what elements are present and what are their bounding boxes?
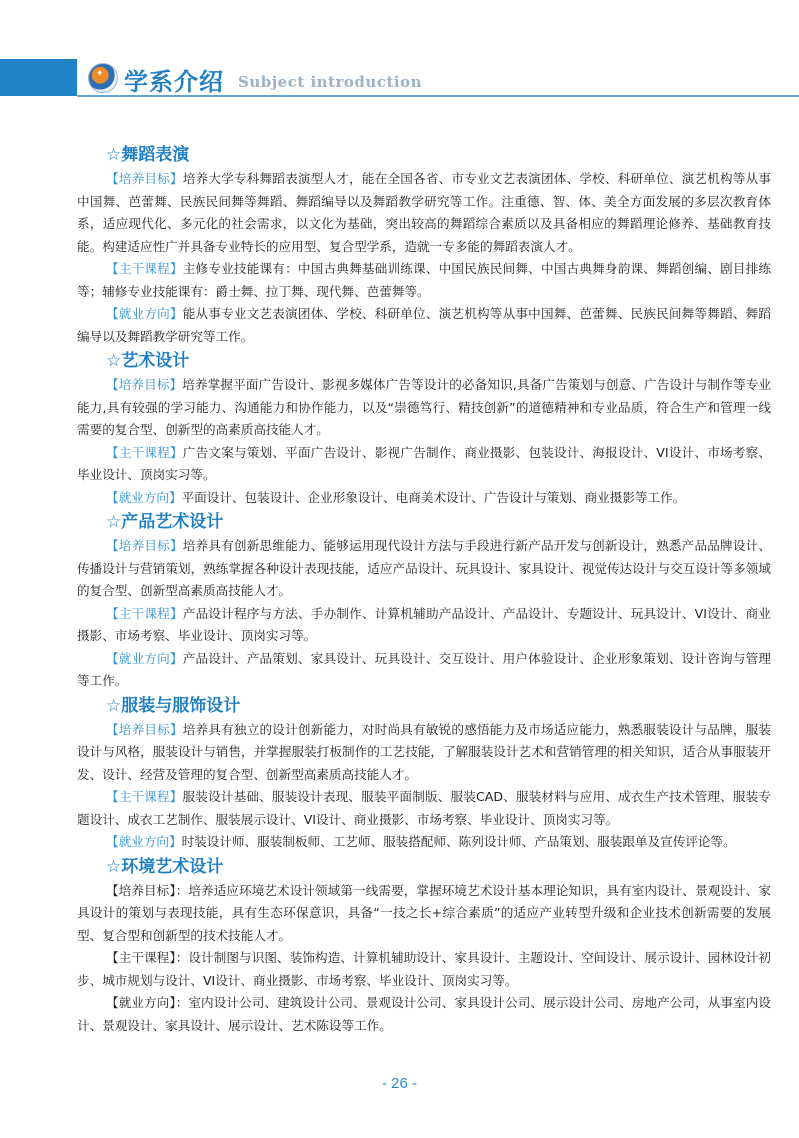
- paragraph-text: 平面设计、包装设计、企业形象设计、电商美术设计、广告设计与策划、商业摄影等工作。: [182, 490, 686, 505]
- paragraph-core-courses: 【主干课程】服装设计基础、服装设计表现、服装平面制版、服装CAD、服装材料与应用…: [77, 786, 771, 831]
- section-title-text: 服装与服饰设计: [121, 696, 240, 716]
- paragraph-text: ：设计制图与识图、装饰构造、计算机辅助设计、家具设计、主题设计、空间设计、展示设…: [77, 950, 771, 988]
- star-icon: ☆: [106, 145, 121, 165]
- label-tag: 【就业方向】: [106, 306, 183, 321]
- paragraph-career: 【就业方向】能从事专业文艺表演团体、学校、科研单位、演艺机构等从事中国舞、芭蕾舞…: [77, 303, 771, 348]
- label-tag: 【就业方向】: [106, 995, 176, 1010]
- label-tag: 【培养目标】: [106, 377, 182, 392]
- star-icon: ☆: [106, 696, 121, 716]
- section-title-text: 艺术设计: [121, 351, 189, 371]
- label-tag: 【培养目标】: [106, 883, 176, 898]
- section-environmental-art-design: ☆环境艺术设计 【培养目标】：培养适应环境艺术设计领域第一线需要，掌握环境艺术设…: [77, 854, 771, 1038]
- paragraph-career: 【就业方向】平面设计、包装设计、企业形象设计、电商美术设计、广告设计与策划、商业…: [77, 487, 771, 510]
- paragraph-training-goal: 【培养目标】：培养适应环境艺术设计领域第一线需要，掌握环境艺术设计基本理论知识，…: [77, 880, 771, 948]
- paragraph-training-goal: 【培养目标】培养具有独立的设计创新能力，对时尚具有敏锐的感悟能力及市场适应能力，…: [77, 719, 771, 787]
- paragraph-core-courses: 【主干课程】主修专业技能课有：中国古典舞基础训练课、中国民族民间舞、中国古典舞身…: [77, 258, 771, 303]
- star-icon: ☆: [106, 351, 121, 371]
- label-tag: 【主干课程】: [106, 445, 183, 460]
- main-content: ☆舞蹈表演 【培养目标】培养大学专科舞蹈表演型人才，能在全国各省、市专业文艺表演…: [77, 142, 771, 1037]
- label-tag: 【就业方向】: [106, 834, 182, 849]
- label-tag: 【培养目标】: [106, 538, 183, 553]
- section-title-text: 环境艺术设计: [121, 857, 223, 877]
- section-title-text: 舞蹈表演: [121, 145, 189, 165]
- paragraph-core-courses: 【主干课程】：设计制图与识图、装饰构造、计算机辅助设计、家具设计、主题设计、空间…: [77, 947, 771, 992]
- paragraph-text: 时装设计师、服装制板师、工艺师、服装搭配师、陈列设计师、产品策划、服装跟单及宣传…: [182, 834, 736, 849]
- page-number: - 26 -: [0, 1075, 799, 1092]
- page-title: 学系介绍: [124, 62, 224, 97]
- section-title: ☆环境艺术设计: [77, 854, 771, 880]
- label-tag: 【主干课程】: [106, 606, 183, 621]
- paragraph-career: 【就业方向】：室内设计公司、建筑设计公司、景观设计公司、家具设计公司、展示设计公…: [77, 992, 771, 1037]
- paragraph-career: 【就业方向】时装设计师、服装制板师、工艺师、服装搭配师、陈列设计师、产品策划、服…: [77, 831, 771, 854]
- paragraph-training-goal: 【培养目标】培养大学专科舞蹈表演型人才，能在全国各省、市专业文艺表演团体、学校、…: [77, 168, 771, 258]
- page-subtitle: Subject introduction: [238, 73, 422, 91]
- section-title: ☆服装与服饰设计: [77, 693, 771, 719]
- paragraph-text: 培养掌握平面广告设计、影视多媒体广告等设计的必备知识,具备广告策划与创意、广告设…: [77, 377, 771, 437]
- label-tag: 【主干课程】: [106, 789, 183, 804]
- label-tag: 【主干课程】: [106, 261, 183, 276]
- section-product-art-design: ☆产品艺术设计 【培养目标】培养具有创新思维能力、能够运用现代设计方法与手段进行…: [77, 509, 771, 693]
- label-tag: 【就业方向】: [106, 651, 183, 666]
- section-art-design: ☆艺术设计 【培养目标】培养掌握平面广告设计、影视多媒体广告等设计的必备知识,具…: [77, 348, 771, 509]
- paragraph-core-courses: 【主干课程】广告文案与策划、平面广告设计、影视广告制作、商业摄影、包装设计、海报…: [77, 442, 771, 487]
- label-tag: 【培养目标】: [106, 171, 183, 186]
- label-tag: 【培养目标】: [106, 722, 183, 737]
- paragraph-text: ：室内设计公司、建筑设计公司、景观设计公司、家具设计公司、展示设计公司、房地产公…: [77, 995, 771, 1033]
- section-title: ☆艺术设计: [77, 348, 771, 374]
- school-emblem-icon: ✦: [88, 63, 118, 93]
- section-title: ☆产品艺术设计: [77, 509, 771, 535]
- header-accent-bar: [0, 59, 77, 96]
- paragraph-text: ：培养适应环境艺术设计领域第一线需要，掌握环境艺术设计基本理论知识，具有室内设计…: [77, 883, 771, 943]
- paragraph-core-courses: 【主干课程】产品设计程序与方法、手办制作、计算机辅助产品设计、产品设计、专题设计…: [77, 603, 771, 648]
- label-tag: 【主干课程】: [106, 950, 176, 965]
- label-tag: 【就业方向】: [106, 490, 182, 505]
- paragraph-career: 【就业方向】产品设计、产品策划、家具设计、玩具设计、交互设计、用户体验设计、企业…: [77, 648, 771, 693]
- section-title: ☆舞蹈表演: [77, 142, 771, 168]
- star-icon: ☆: [106, 512, 121, 532]
- paragraph-training-goal: 【培养目标】培养掌握平面广告设计、影视多媒体广告等设计的必备知识,具备广告策划与…: [77, 374, 771, 442]
- paragraph-training-goal: 【培养目标】培养具有创新思维能力、能够运用现代设计方法与手段进行新产品开发与创新…: [77, 535, 771, 603]
- section-title-text: 产品艺术设计: [121, 512, 223, 532]
- star-icon: ☆: [106, 857, 121, 877]
- section-fashion-design: ☆服装与服饰设计 【培养目标】培养具有独立的设计创新能力，对时尚具有敏锐的感悟能…: [77, 693, 771, 854]
- section-dance-performance: ☆舞蹈表演 【培养目标】培养大学专科舞蹈表演型人才，能在全国各省、市专业文艺表演…: [77, 142, 771, 348]
